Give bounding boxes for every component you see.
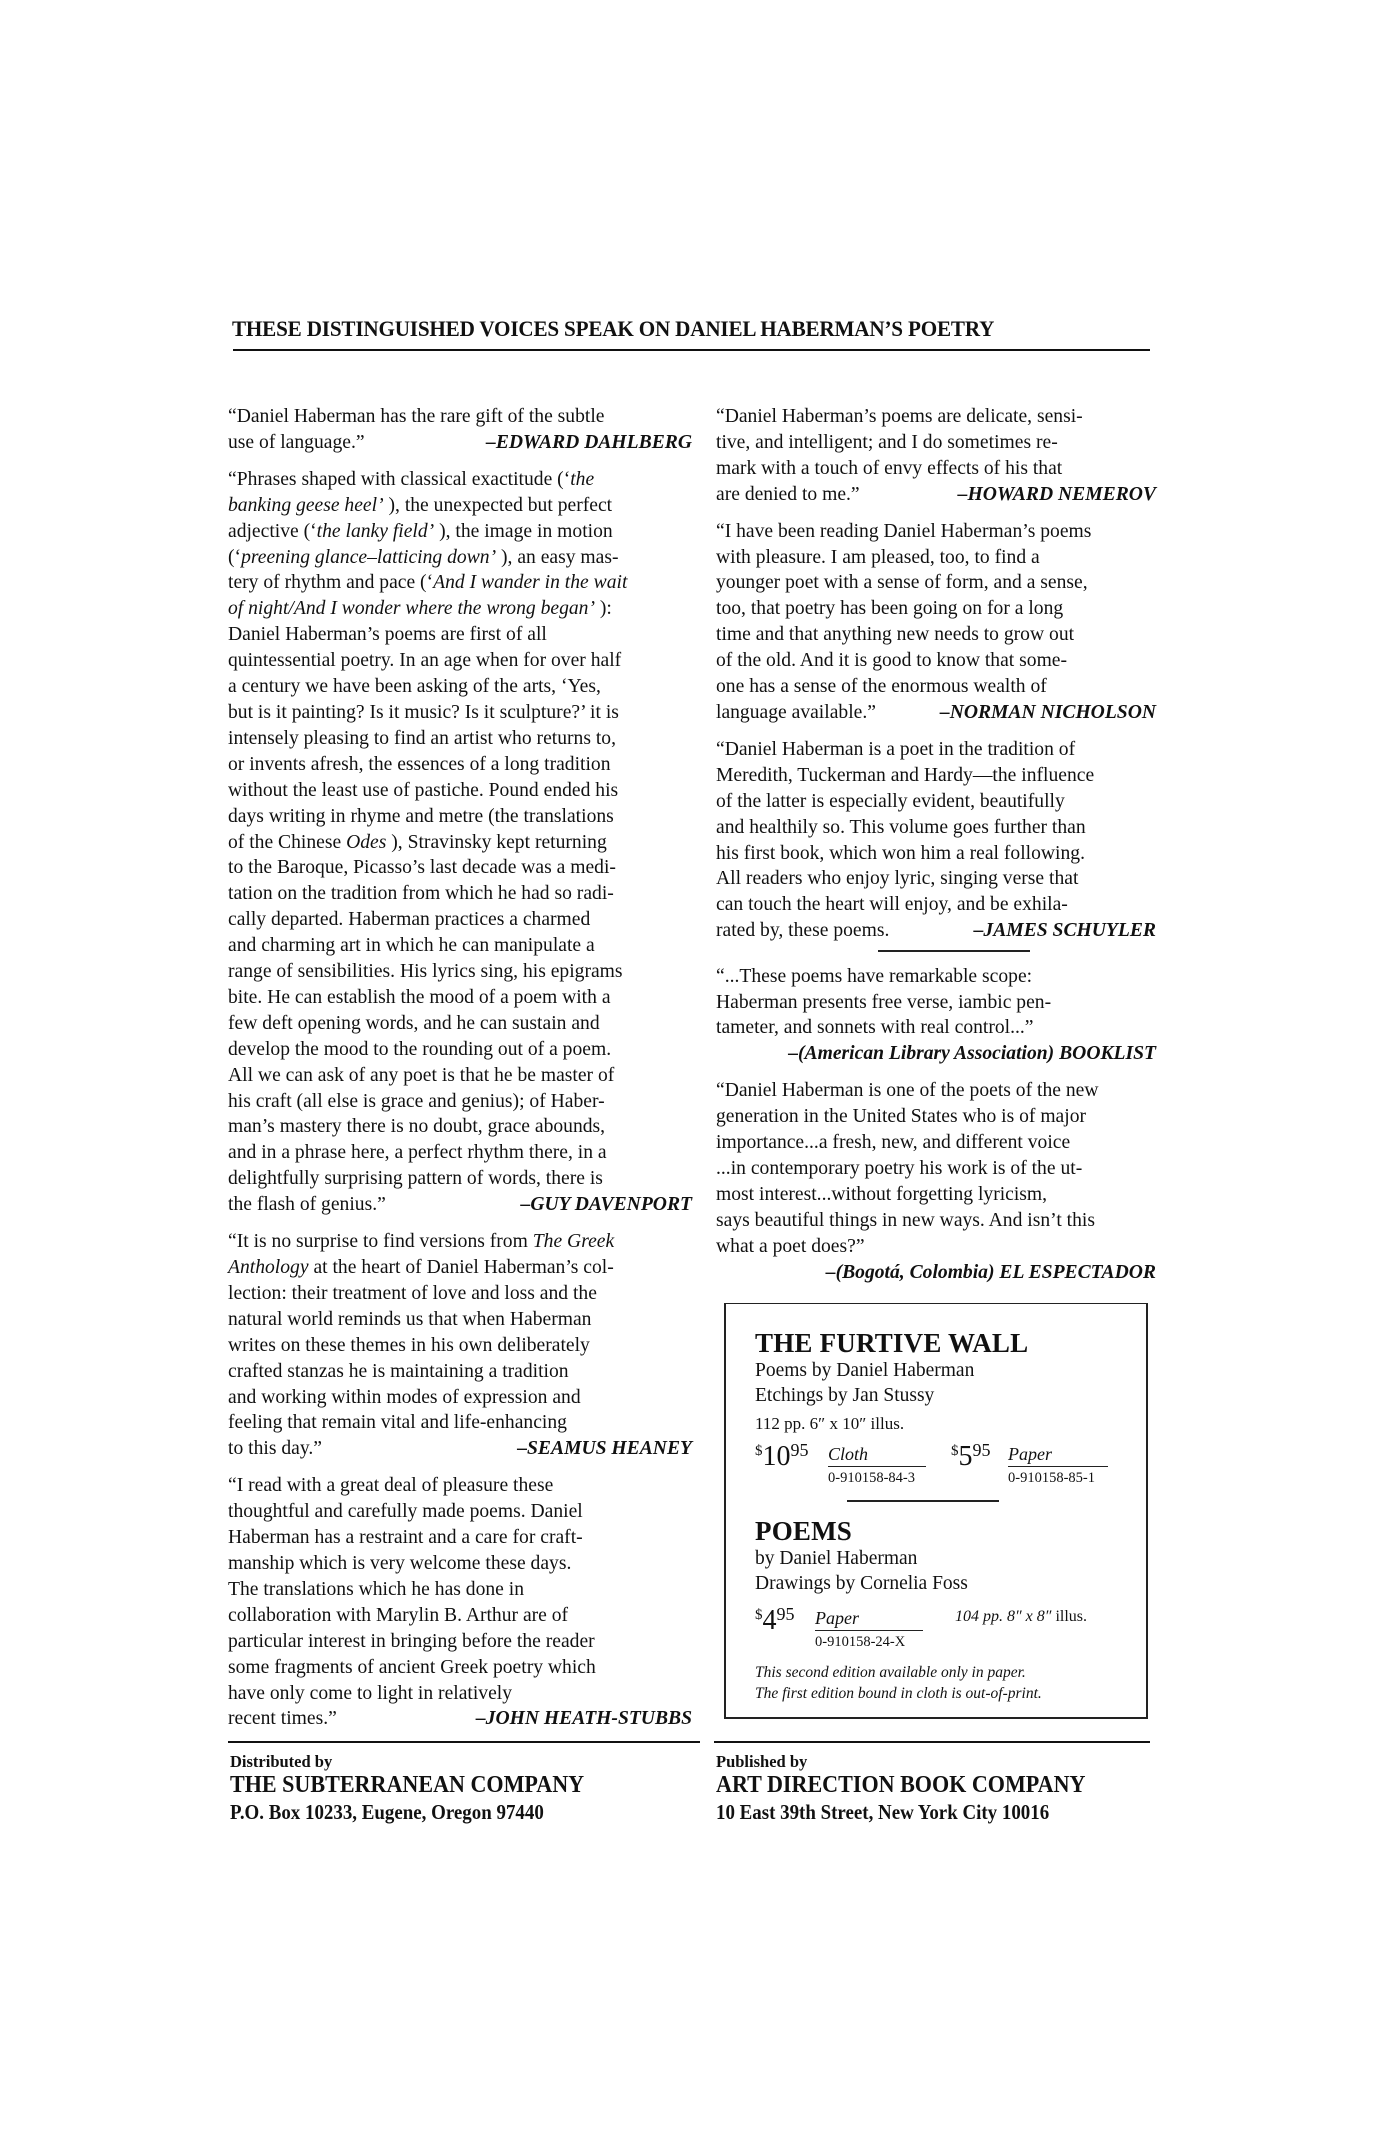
- quote-line: All we can ask of any poet is that he be…: [237, 1063, 692, 1089]
- quote-line: one has a sense of the enormous wealth o…: [725, 674, 1156, 700]
- quote-line: use of language.” –EDWARD DAHLBERG: [237, 430, 692, 456]
- attribution-el-espectador: –(Bogotá, Colombia) EL ESPECTADOR: [725, 1260, 1156, 1286]
- quote-line: range of sensibilities. His lyrics sing,…: [237, 959, 692, 985]
- publisher-name: ART DIRECTION BOOK COMPANY: [716, 1772, 1085, 1799]
- quote-line: natural world reminds us that when Haber…: [237, 1307, 692, 1333]
- quote-line: recent times.” –JOHN HEATH-STUBBS: [237, 1706, 692, 1732]
- quote-line: bite. He can establish the mood of a poe…: [237, 985, 692, 1011]
- quote-line: tive, and intelligent; and I do sometime…: [725, 430, 1156, 456]
- quote-line: to this day.” –SEAMUS HEANEY: [237, 1436, 692, 1462]
- quote-line: importance...a fresh, new, and different…: [725, 1130, 1156, 1156]
- distributor-address: P.O. Box 10233, Eugene, Oregon 97440: [230, 1800, 544, 1825]
- quote-line: are denied to me.” –HOWARD NEMEROV: [725, 482, 1156, 508]
- price-paper: $595: [951, 1440, 991, 1473]
- quote-line: lection: their treatment of love and los…: [237, 1281, 692, 1307]
- quote-line: Meredith, Tuckerman and Hardy—the influe…: [725, 763, 1156, 789]
- quote-line: and working within modes of expression a…: [237, 1385, 692, 1411]
- quote-line: days writing in rhyme and metre (the tra…: [237, 804, 692, 830]
- quote-line: tation on the tradition from which he ha…: [237, 881, 692, 907]
- attribution-davenport: –GUY DAVENPORT: [530, 1192, 692, 1218]
- binding-cloth: Cloth: [828, 1444, 926, 1467]
- quote-line: “...These poems have remarkable scope:: [725, 964, 1156, 990]
- quote-line: but is it painting? Is it music? Is it s…: [237, 700, 692, 726]
- quote-line: “Phrases shaped with classical exactitud…: [237, 467, 692, 493]
- book-title-furtive-wall: THE FURTIVE WALL: [755, 1328, 1136, 1358]
- quote-line: banking geese heel’ ), the unexpected bu…: [237, 493, 692, 519]
- quote-line: writes on these themes in his own delibe…: [237, 1333, 692, 1359]
- quote-line: man’s mastery there is no doubt, grace a…: [237, 1114, 692, 1140]
- quote-heaney: “It is no surprise to find versions from…: [228, 1229, 692, 1462]
- quote-schuyler: “Daniel Haberman is a poet in the tradit…: [716, 737, 1156, 944]
- book-illustrator-line: Etchings by Jan Stussy: [755, 1383, 1136, 1408]
- quote-line: of night/And I wonder where the wrong be…: [237, 596, 692, 622]
- quote-line: adjective (‘the lanky field’ ), the imag…: [237, 519, 692, 545]
- quote-line: cally departed. Haberman practices a cha…: [237, 907, 692, 933]
- quote-line: particular interest in bringing before t…: [237, 1629, 692, 1655]
- quote-line: or invents afresh, the essences of a lon…: [237, 752, 692, 778]
- book-box-content: THE FURTIVE WALL Poems by Daniel Haberma…: [755, 1328, 1136, 1704]
- attribution-schuyler: –JAMES SCHUYLER: [983, 918, 1156, 944]
- quote-booklist: “...These poems have remarkable scope: H…: [716, 964, 1156, 1068]
- quote-line: feeling that remain vital and life-enhan…: [237, 1410, 692, 1436]
- quote-line: with pleasure. I am pleased, too, to fin…: [725, 545, 1156, 571]
- quote-line: of the Chinese Odes ), Stravinsky kept r…: [237, 830, 692, 856]
- attribution-nemerov: –HOWARD NEMEROV: [967, 482, 1156, 508]
- quote-line: the flash of genius.” –GUY DAVENPORT: [237, 1192, 692, 1218]
- price-paper: $495: [755, 1604, 795, 1637]
- footer-rule-right: [714, 1741, 1150, 1743]
- quote-line: manship which is very welcome these days…: [237, 1551, 692, 1577]
- quote-line: tery of rhythm and pace (‘And I wander i…: [237, 570, 692, 596]
- quote-line: to the Baroque, Picasso’s last decade wa…: [237, 855, 692, 881]
- quote-line: rated by, these poems. –JAMES SCHUYLER: [725, 918, 1156, 944]
- quote-line: Anthology at the heart of Daniel Haberma…: [237, 1255, 692, 1281]
- attribution-heaney: –SEAMUS HEANEY: [526, 1436, 692, 1462]
- distributor-label: Distributed by: [230, 1752, 332, 1772]
- quote-line: time and that anything new needs to grow…: [725, 622, 1156, 648]
- quote-line: most interest...without forgetting lyric…: [725, 1182, 1156, 1208]
- binding-paper: Paper: [815, 1608, 923, 1631]
- attribution-dahlberg: –EDWARD DAHLBERG: [495, 430, 692, 456]
- quote-nemerov: “Daniel Haberman’s poems are delicate, s…: [716, 404, 1156, 508]
- attribution-heath-stubbs: –JOHN HEATH-STUBBS: [485, 1706, 692, 1732]
- quote-line: Daniel Haberman’s poems are first of all: [237, 622, 692, 648]
- quote-line: and charming art in which he can manipul…: [237, 933, 692, 959]
- quote-line: collaboration with Marylin B. Arthur are…: [237, 1603, 692, 1629]
- quote-line: develop the mood to the rounding out of …: [237, 1037, 692, 1063]
- quote-davenport: “Phrases shaped with classical exactitud…: [228, 467, 692, 1218]
- quote-line: and healthily so. This volume goes furth…: [725, 815, 1156, 841]
- book-illustrator-line: Drawings by Cornelia Foss: [755, 1571, 1136, 1596]
- quote-dahlberg: “Daniel Haberman has the rare gift of th…: [228, 404, 692, 456]
- quote-line: “Daniel Haberman’s poems are delicate, s…: [725, 404, 1156, 430]
- quote-line: without the least use of pastiche. Pound…: [237, 778, 692, 804]
- price-cloth: $1095: [755, 1440, 809, 1473]
- binding-paper: Paper: [1008, 1444, 1108, 1467]
- edition-note: This second edition available only in pa…: [755, 1662, 1136, 1704]
- page-headline: THESE DISTINGUISHED VOICES SPEAK ON DANI…: [232, 316, 1095, 342]
- section-divider: [878, 950, 1030, 952]
- price-row-poems: $495 Paper 0-910158-24-X 104 pp. 8″ x 8″…: [755, 1604, 1136, 1652]
- book-spec: 112 pp. 6″ x 10″ illus.: [755, 1412, 1136, 1436]
- quote-line: crafted stanzas he is maintaining a trad…: [237, 1359, 692, 1385]
- quote-line: tameter, and sonnets with real control..…: [725, 1015, 1156, 1041]
- quote-line: and in a phrase here, a perfect rhythm t…: [237, 1140, 692, 1166]
- book-author-line: Poems by Daniel Haberman: [755, 1358, 1136, 1383]
- attribution-booklist: –(American Library Association) BOOKLIST: [725, 1041, 1156, 1067]
- attribution-nicholson: –NORMAN NICHOLSON: [949, 700, 1156, 726]
- quote-line: Haberman has a restraint and a care for …: [237, 1525, 692, 1551]
- quote-line: language available.” –NORMAN NICHOLSON: [725, 700, 1156, 726]
- note-line: The first edition bound in cloth is out-…: [755, 1683, 1136, 1704]
- quote-line: delightfully surprising pattern of words…: [237, 1166, 692, 1192]
- quote-line: a century we have been asking of the art…: [237, 674, 692, 700]
- note-line: This second edition available only in pa…: [755, 1662, 1136, 1683]
- quote-line: says beautiful things in new ways. And i…: [725, 1208, 1156, 1234]
- quote-line: intensely pleasing to find an artist who…: [237, 726, 692, 752]
- quote-line: younger poet with a sense of form, and a…: [725, 570, 1156, 596]
- box-divider: [847, 1500, 999, 1502]
- quote-line: (‘preening glance–latticing down’ ), an …: [237, 545, 692, 571]
- quote-line: “I have been reading Daniel Haberman’s p…: [725, 519, 1156, 545]
- quote-line: can touch the heart will enjoy, and be e…: [725, 892, 1156, 918]
- distributor-name: THE SUBTERRANEAN COMPANY: [230, 1772, 584, 1799]
- quote-line: All readers who enjoy lyric, singing ver…: [725, 866, 1156, 892]
- isbn-paper: 0-910158-24-X: [815, 1634, 905, 1651]
- quote-line: Haberman presents free verse, iambic pen…: [725, 990, 1156, 1016]
- quote-line: generation in the United States who is o…: [725, 1104, 1156, 1130]
- quote-line: few deft opening words, and he can susta…: [237, 1011, 692, 1037]
- quote-line: have only come to light in relatively: [237, 1681, 692, 1707]
- quote-heath-stubbs: “I read with a great deal of pleasure th…: [228, 1473, 692, 1732]
- quote-line: his craft (all else is grace and genius)…: [237, 1089, 692, 1115]
- quote-line: “I read with a great deal of pleasure th…: [237, 1473, 692, 1499]
- right-column: “Daniel Haberman’s poems are delicate, s…: [716, 404, 1156, 1297]
- publisher-address: 10 East 39th Street, New York City 10016: [716, 1800, 1049, 1825]
- quote-nicholson: “I have been reading Daniel Haberman’s p…: [716, 519, 1156, 726]
- quote-line: “It is no surprise to find versions from…: [237, 1229, 692, 1255]
- quote-line: The translations which he has done in: [237, 1577, 692, 1603]
- quote-line: thoughtful and carefully made poems. Dan…: [237, 1499, 692, 1525]
- quote-line: quintessential poetry. In an age when fo…: [237, 648, 692, 674]
- quote-line: mark with a touch of envy effects of his…: [725, 456, 1156, 482]
- quote-line: “Daniel Haberman has the rare gift of th…: [237, 404, 692, 430]
- quote-line: ...in contemporary poetry his work is of…: [725, 1156, 1156, 1182]
- book-title-poems: POEMS: [755, 1516, 1136, 1546]
- headline-rule: [233, 349, 1150, 351]
- quote-line: of the latter is especially evident, bea…: [725, 789, 1156, 815]
- footer-rule-left: [228, 1741, 700, 1743]
- quote-line: “Daniel Haberman is a poet in the tradit…: [725, 737, 1156, 763]
- book-spec: 104 pp. 8″ x 8″ illus.: [955, 1608, 1087, 1626]
- quote-line: his first book, which won him a real fol…: [725, 841, 1156, 867]
- quote-el-espectador: “Daniel Haberman is one of the poets of …: [716, 1078, 1156, 1285]
- price-row-furtive-wall: $1095 Cloth 0-910158-84-3 $595 Paper 0-9…: [755, 1440, 1136, 1488]
- quote-line: what a poet does?”: [725, 1234, 1156, 1260]
- quote-line: of the old. And it is good to know that …: [725, 648, 1156, 674]
- book-order-box: THE FURTIVE WALL Poems by Daniel Haberma…: [724, 1303, 1148, 1719]
- quote-line: too, that poetry has been going on for a…: [725, 596, 1156, 622]
- quote-line: some fragments of ancient Greek poetry w…: [237, 1655, 692, 1681]
- left-column: “Daniel Haberman has the rare gift of th…: [228, 404, 692, 1743]
- quote-line: “Daniel Haberman is one of the poets of …: [725, 1078, 1156, 1104]
- publisher-label: Published by: [716, 1752, 807, 1772]
- isbn-cloth: 0-910158-84-3: [828, 1470, 915, 1487]
- book-author-line: by Daniel Haberman: [755, 1546, 1136, 1571]
- isbn-paper: 0-910158-85-1: [1008, 1470, 1095, 1487]
